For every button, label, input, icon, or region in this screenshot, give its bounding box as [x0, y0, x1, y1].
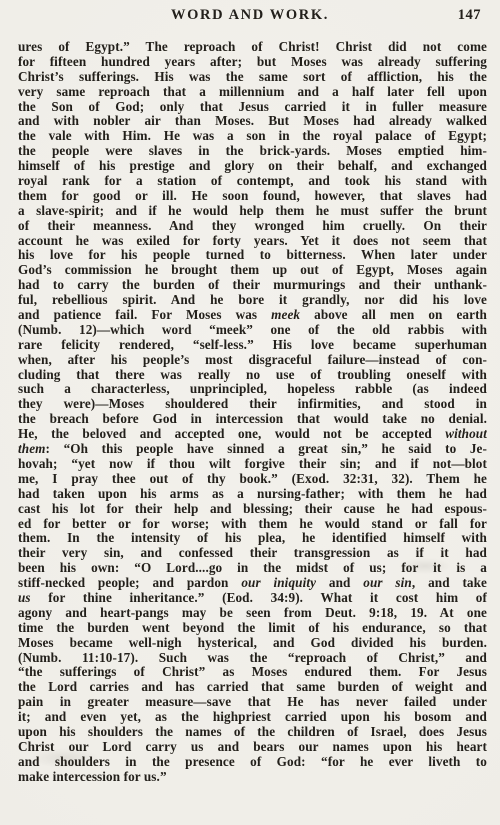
text-line: ful, rebellious spirit. And he bore it g…: [18, 293, 487, 308]
text-line: pain in greater measure—save that He has…: [18, 695, 487, 710]
text-line: when, after his people’s most disgracefu…: [18, 353, 487, 368]
text-line: (Numb. 11:10-17). Such was the “reproach…: [18, 651, 487, 666]
text-line: time the burden went beyond the limit of…: [18, 621, 487, 636]
text-line: and patience fail. For Moses was meek ab…: [18, 308, 487, 323]
text-line: stiff-necked people; and pardon our iniq…: [18, 576, 487, 591]
text-line: Christ’s sufferings. His was the same so…: [18, 70, 487, 85]
text-line: them. In the intensity of his plea, he i…: [18, 531, 487, 546]
text-line: such a characterless, unprincipled, hope…: [18, 382, 487, 397]
text-line: agony and heart-pangs may be seen from D…: [18, 606, 487, 621]
text-line: (Numb. 12)—which word “meek” one of the …: [18, 323, 487, 338]
text-line: make intercession for us.”: [18, 770, 487, 785]
text-line: me, I pray thee out of thy book.” (Exod.…: [18, 472, 487, 487]
text-line: the people were slaves in the brick-yard…: [18, 144, 487, 159]
text-line: very same reproach that a millennium and…: [18, 85, 487, 100]
text-line: had taken upon his arms as a nursing-fat…: [18, 487, 487, 502]
text-line: them for good or ill. He soon found, how…: [18, 189, 487, 204]
text-line: and shoulders in the presence of God: “f…: [18, 755, 487, 770]
page-number: 147: [458, 7, 481, 24]
body-text: ures of Egypt.” The reproach of Christ! …: [18, 40, 487, 785]
page-header: WORD AND WORK. 147: [0, 7, 500, 27]
text-line: their very sin, and confessed their tran…: [18, 546, 487, 561]
text-line: the vale with Him. He was a son in the r…: [18, 129, 487, 144]
text-line: account he was exiled for forty years. Y…: [18, 234, 487, 249]
text-line: ed for better or for worse; with them he…: [18, 517, 487, 532]
text-line: ures of Egypt.” The reproach of Christ! …: [18, 40, 487, 55]
running-title: WORD AND WORK.: [171, 7, 329, 24]
text-line: a slave-spirit; and if he would help the…: [18, 204, 487, 219]
text-line: them: “Oh this people have sinned a grea…: [18, 442, 487, 457]
page: WORD AND WORK. 147 ures of Egypt.” The r…: [0, 0, 500, 825]
text-line: rare felicity rendered, “self-less.” His…: [18, 338, 487, 353]
text-line: the breach before God in intercession th…: [18, 412, 487, 427]
text-line: they were)—Moses shouldered their infirm…: [18, 397, 487, 412]
text-line: had to carry the burden of their murmuri…: [18, 278, 487, 293]
text-line: of their meanness. And they wronged him …: [18, 219, 487, 234]
text-line: been his own: “O Lord....go in the midst…: [18, 561, 487, 576]
text-line: cast his lot for their help and blessing…: [18, 502, 487, 517]
text-line: his love for his people turned to bitter…: [18, 248, 487, 263]
text-line: upon his shoulders the names of the chil…: [18, 725, 487, 740]
text-line: himself of his prestige and glory on the…: [18, 159, 487, 174]
text-line: Moses became well-nigh hysterical, and G…: [18, 636, 487, 651]
text-line: hovah; “yet now if thou wilt forgive the…: [18, 457, 487, 472]
text-line: it; and even yet, as the highpriest carr…: [18, 710, 487, 725]
text-line: Christ our Lord carry us and bears our n…: [18, 740, 487, 755]
text-line: for fifteen hundred years after; but Mos…: [18, 55, 487, 70]
text-line: “the sufferings of Christ” as Moses endu…: [18, 665, 487, 680]
text-line: God’s commission he brought them up out …: [18, 263, 487, 278]
text-line: us for thine inheritance.” (Eod. 34:9). …: [18, 591, 487, 606]
text-line: and with nobler air than Moses. But Mose…: [18, 114, 487, 129]
text-line: the Son of God; only that Jesus carried …: [18, 100, 487, 115]
text-line: cluding that there was really no use of …: [18, 368, 487, 383]
text-line: royal rank for a station of contempt, an…: [18, 174, 487, 189]
text-line: the Lord carries and has carried that sa…: [18, 680, 487, 695]
text-line: He, the beloved and accepted one, would …: [18, 427, 487, 442]
